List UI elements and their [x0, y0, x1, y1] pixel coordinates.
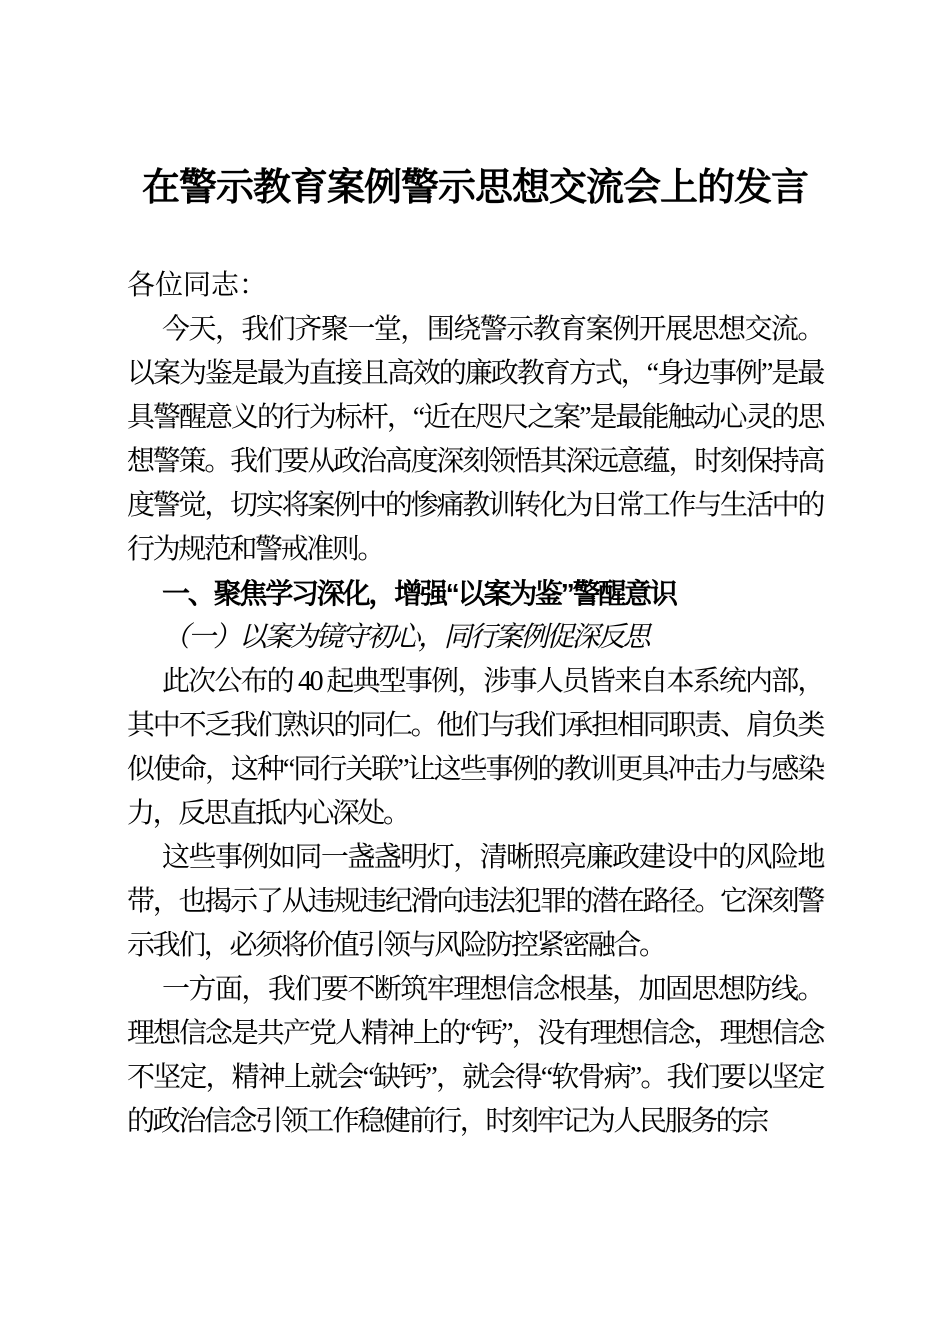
document-title: 在警示教育案例警示思想交流会上的发言 — [127, 158, 823, 218]
document-body: 各位同志： 今天，我们齐聚一堂，围绕警示教育案例开展思想交流。以案为鉴是最为直接… — [127, 264, 823, 1144]
paragraph-lessons: 这些事例如同一盏盏明灯，清晰照亮廉政建设中的风险地带，也揭示了从违规违纪滑向违法… — [127, 836, 823, 968]
paragraph-opening: 今天，我们齐聚一堂，围绕警示教育案例开展思想交流。以案为鉴是最为直接且高效的廉政… — [127, 308, 823, 572]
subsection-heading-1-1: （一）以案为镜守初心，同行案例促深反思 — [127, 616, 823, 660]
section-heading-1: 一、聚焦学习深化，增强“以案为鉴”警醒意识 — [127, 572, 823, 616]
paragraph-ideals: 一方面，我们要不断筑牢理想信念根基，加固思想防线。理想信念是共产党人精神上的“钙… — [127, 968, 823, 1144]
paragraph-cases: 此次公布的 40 起典型事例，涉事人员皆来自本系统内部，其中不乏我们熟识的同仁。… — [127, 660, 823, 836]
salutation: 各位同志： — [127, 264, 823, 308]
document-page: 在警示教育案例警示思想交流会上的发言 各位同志： 今天，我们齐聚一堂，围绕警示教… — [0, 0, 950, 1344]
